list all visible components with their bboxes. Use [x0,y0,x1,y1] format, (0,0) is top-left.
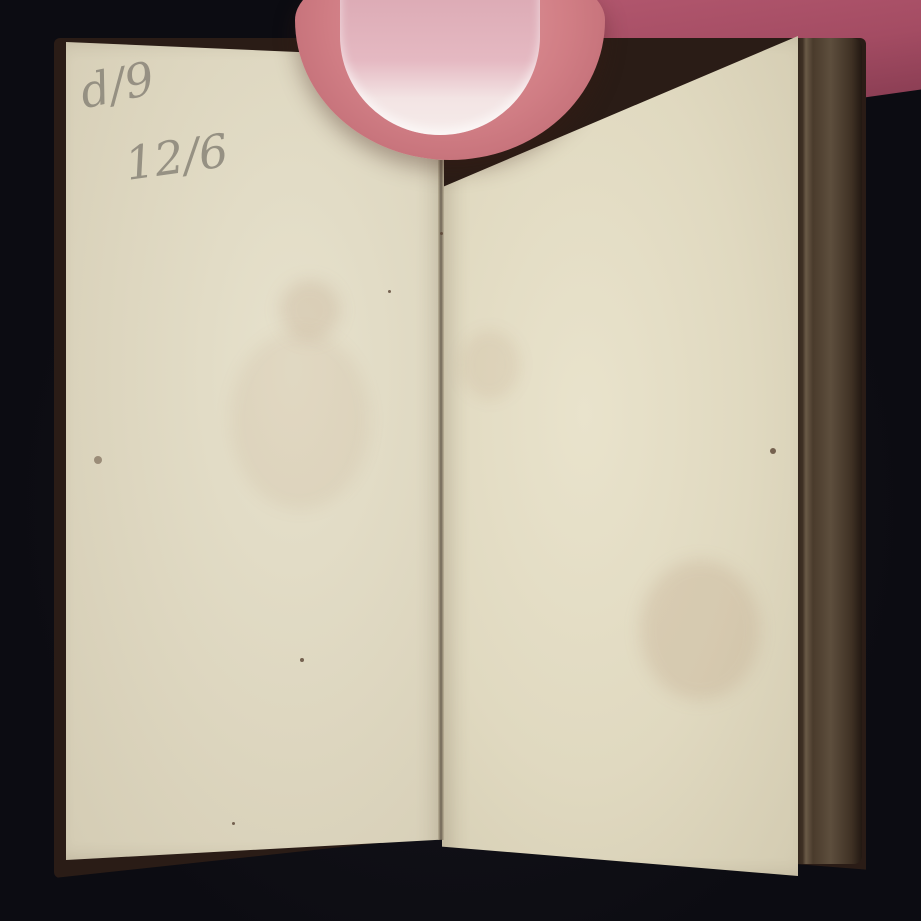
foxing-stain [460,330,520,400]
speck [300,658,304,662]
foxing-stain [230,330,370,510]
speck [388,290,391,293]
speck [232,822,235,825]
speck [94,456,102,464]
foxing-stain [280,280,340,340]
book-fore-edge [792,38,862,864]
speck [770,448,776,454]
book-gutter [438,160,444,840]
foxing-stain [640,560,760,700]
speck [440,232,443,235]
